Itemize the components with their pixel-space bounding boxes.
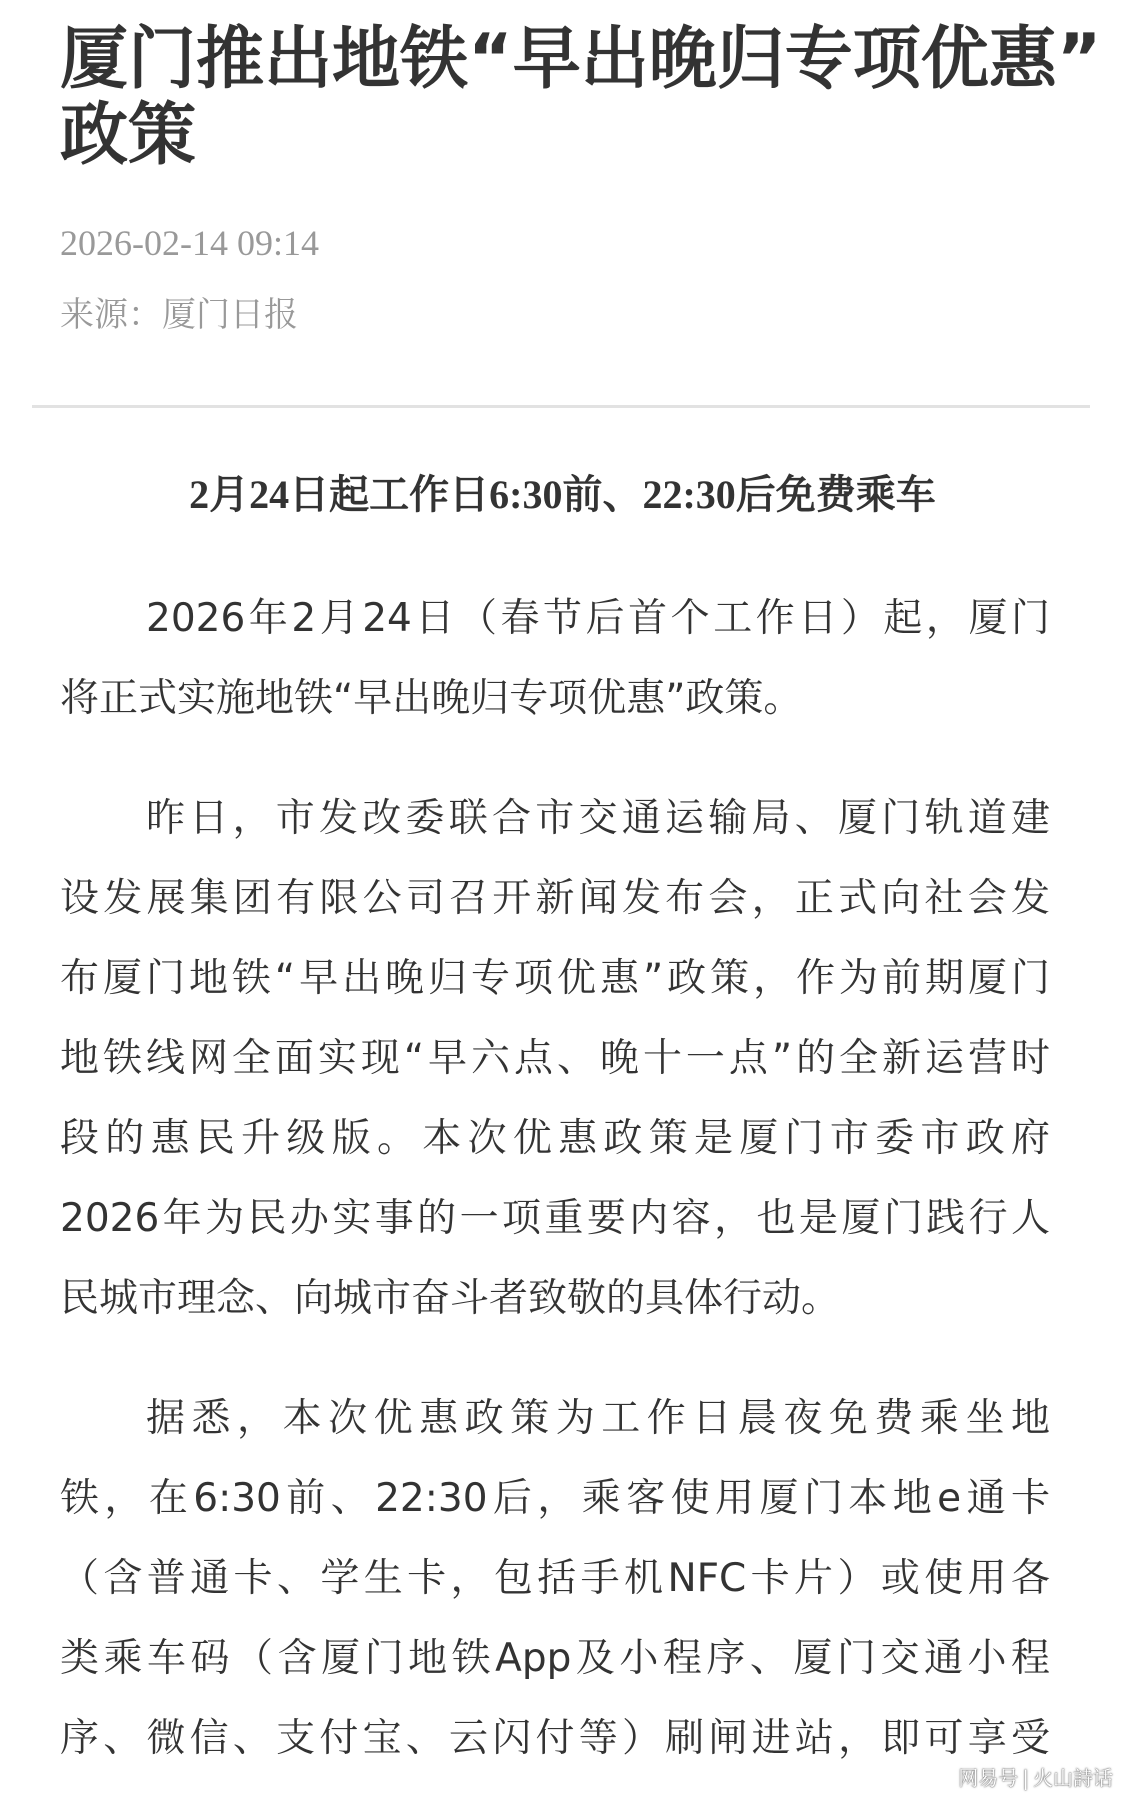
watermark-author: 火山詩话 xyxy=(1033,1766,1113,1790)
paragraph-line: 段的惠民升级版。本次优惠政策是厦门市委市政府 xyxy=(60,1115,1050,1163)
paragraph-line: 序、微信、支付宝、云闪付等）刷闸进站，即可享受 xyxy=(60,1715,1050,1763)
header-divider xyxy=(32,405,1090,408)
title-line-2: 政策 xyxy=(60,98,1080,174)
paragraph-line: 设发展集团有限公司召开新闻发布会，正式向社会发 xyxy=(60,875,1050,923)
watermark-platform: 网易号 xyxy=(958,1766,1018,1790)
paragraph-line: 昨日，市发改委联合市交通运输局、厦门轨道建 xyxy=(146,795,1050,843)
paragraph-line: 地铁线网全面实现“早六点、晚十一点”的全新运营时 xyxy=(60,1035,1050,1083)
paragraph-line: 据悉，本次优惠政策为工作日晨夜免费乘坐地 xyxy=(146,1395,1050,1443)
watermark-separator: | xyxy=(1022,1766,1029,1790)
paragraph-line: 民城市理念、向城市奋斗者致敬的具体行动。 xyxy=(60,1275,1050,1323)
publish-timestamp: 2026-02-14 09:14 xyxy=(60,222,319,264)
paragraph-line: 铁，在6:30前、22:30后，乘客使用厦门本地e通卡 xyxy=(60,1475,1050,1523)
watermark: 网易号|火山詩话 xyxy=(958,1762,1113,1791)
paragraph-line: 类乘车码（含厦门地铁App及小程序、厦门交通小程 xyxy=(60,1635,1050,1683)
title-line-1: 厦门推出地铁“早出晚归专项优惠” xyxy=(60,22,1080,98)
article-title: 厦门推出地铁“早出晚归专项优惠” 政策 xyxy=(60,22,1080,174)
paragraph-line: 2026年为民办实事的一项重要内容，也是厦门践行人 xyxy=(60,1195,1050,1243)
paragraph-line: 将正式实施地铁“早出晚归专项优惠”政策。 xyxy=(60,675,1050,723)
article-source: 来源：厦门日报 xyxy=(60,287,298,336)
paragraph-line: 布厦门地铁“早出晚归专项优惠”政策，作为前期厦门 xyxy=(60,955,1050,1003)
paragraph-line: （含普通卡、学生卡，包括手机NFC卡片）或使用各 xyxy=(60,1555,1050,1603)
article-subheading: 2月24日起工作日6:30前、22:30后免费乘车 xyxy=(0,463,1125,520)
paragraph-line: 2026年2月24日（春节后首个工作日）起，厦门 xyxy=(146,595,1050,643)
